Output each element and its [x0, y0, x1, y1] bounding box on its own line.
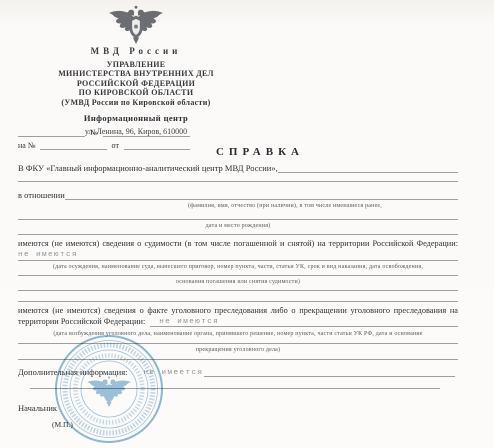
subject-hint: дата и место рождения): [18, 223, 458, 230]
blank-line: [150, 326, 458, 327]
conviction-statement: имеются (не имеются) сведения о судимост…: [18, 239, 458, 248]
subject-hint: (фамилия, имя, отчество (при наличии), в…: [90, 203, 480, 210]
org-line: МИНИСТЕРСТВА ВНУТРЕННИХ ДЕЛ: [0, 69, 272, 78]
conviction-hint: основания погашения или снятия судимости…: [18, 279, 458, 286]
document-title: СПРАВКА: [30, 146, 490, 158]
mvd-eagle-emblem-icon: [0, 4, 272, 44]
prosecution-statement-line2-row: территории Российской Федерации: не имею…: [18, 317, 458, 326]
department-name: Информационный центр: [0, 113, 272, 123]
blank-line: [18, 290, 458, 291]
prosecution-statement-line1: имеются (не имеются) сведения о факте уг…: [18, 306, 458, 315]
blank-line: [18, 234, 458, 235]
blank-line: [18, 301, 458, 302]
subject-label: в отношении: [18, 190, 65, 200]
prosecution-value: не имеются: [159, 318, 219, 326]
blank-line: [65, 189, 458, 200]
org-line: ПО КИРОВСКОЙ ОБЛАСТИ: [0, 88, 272, 97]
org-line: УПРАВЛЕНИЕ: [0, 60, 272, 69]
blank-line: [18, 181, 458, 182]
number-sign: №: [90, 128, 98, 137]
blank-line: [18, 260, 458, 261]
subject-row: в отношении: [18, 189, 458, 200]
blank-line: [278, 162, 458, 173]
org-name-block: УПРАВЛЕНИЕ МИНИСТЕРСТВА ВНУТРЕННИХ ДЕЛ Р…: [0, 60, 272, 107]
addressee-row: В ФКУ «Главный информационно-аналитическ…: [18, 162, 458, 173]
blank-line: [103, 126, 190, 137]
addressee-text: В ФКУ «Главный информационно-аналитическ…: [18, 163, 278, 173]
blank-line: [204, 366, 456, 377]
blank-line: [18, 219, 458, 220]
ministry-abbr: МВД России: [0, 46, 272, 56]
org-line: (УМВД России по Кировской области): [0, 98, 272, 107]
prosecution-statement-line2: территории Российской Федерации:: [18, 317, 145, 326]
blank-line: [18, 275, 458, 276]
certificate-page: МВД России УПРАВЛЕНИЕ МИНИСТЕРСТВА ВНУТР…: [0, 0, 494, 448]
letterhead: МВД России УПРАВЛЕНИЕ МИНИСТЕРСТВА ВНУТР…: [0, 4, 272, 136]
conviction-hint: (дата осуждения, наименование суда, выне…: [18, 264, 458, 271]
outgoing-ref-row: №: [18, 124, 190, 137]
org-line: РОССИЙСКОЙ ФЕДЕРАЦИИ: [0, 79, 272, 88]
conviction-value: не имеются: [18, 251, 78, 259]
round-official-seal-icon: [52, 332, 166, 448]
blank-line: [18, 126, 85, 137]
